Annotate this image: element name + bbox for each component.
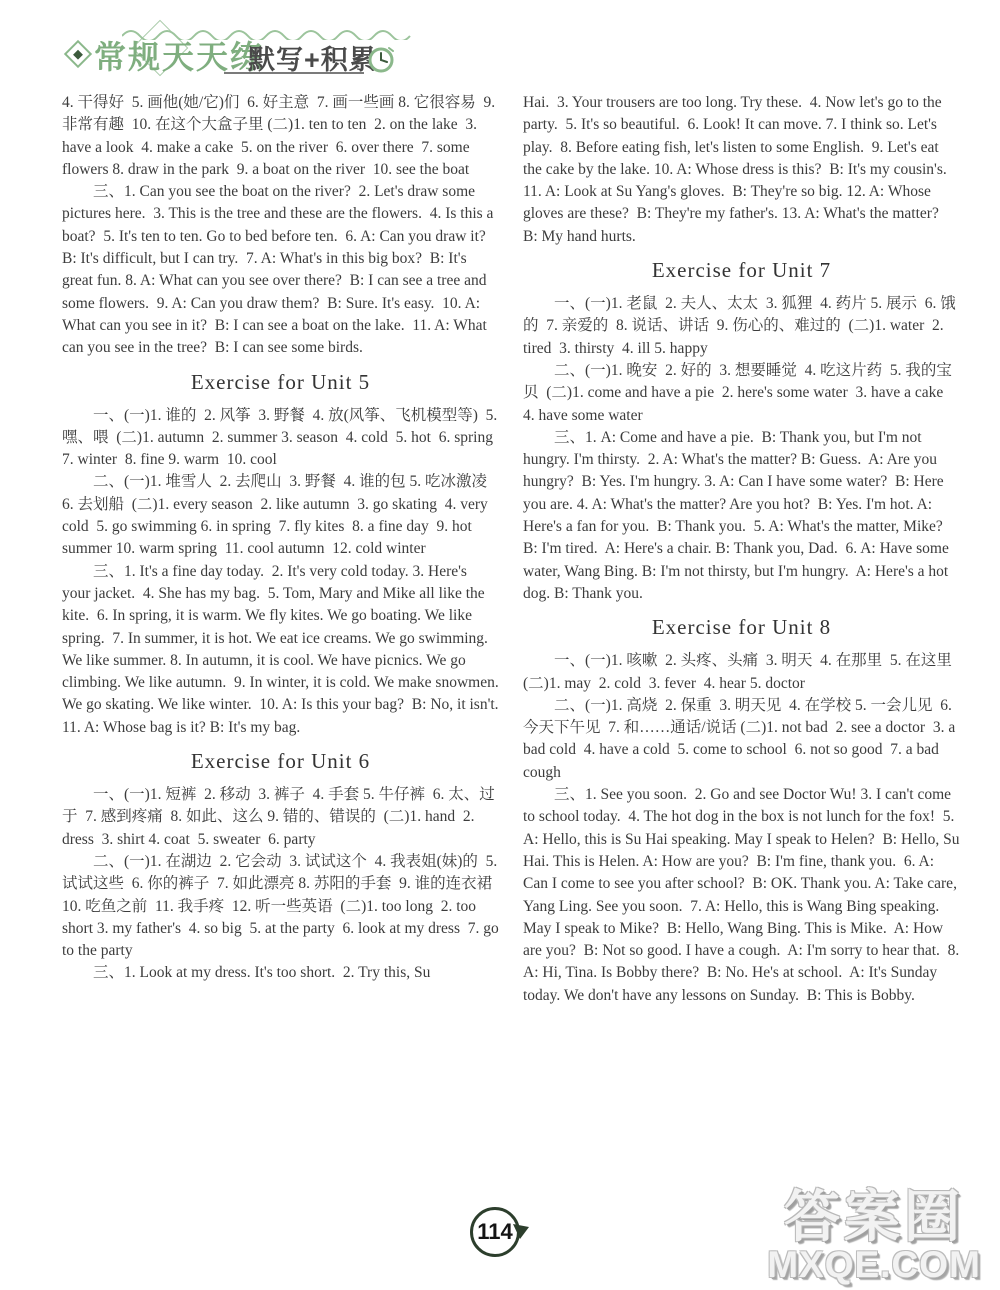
workbook-logo: 常规天天练 默写+积累 (52, 6, 412, 84)
answer-paragraph: 二、(一)1. 在湖边 2. 它会动 3. 试试这个 4. 我表姐(妹)的 5.… (62, 851, 499, 962)
unit-heading-unit5: Exercise for Unit 5 (62, 367, 499, 397)
answer-paragraph: 一、(一)1. 短裤 2. 移动 3. 裤子 4. 手套 5. 牛仔裤 6. 太… (62, 784, 499, 851)
answer-paragraph: 三、1. Can you see the boat on the river? … (62, 181, 499, 359)
answer-paragraph: 二、(一)1. 晚安 2. 好的 3. 想要睡觉 4. 吃这片药 5. 我的宝贝… (523, 360, 960, 427)
diamond-dot (73, 49, 83, 59)
watermark-site: MXQE.COM (754, 1246, 994, 1284)
page-number: 114 (477, 1219, 513, 1245)
answer-paragraph: 三、1. Look at my dress. It's too short. 2… (62, 962, 499, 984)
answer-paragraph: 二、(一)1. 堆雪人 2. 去爬山 3. 野餐 4. 谁的包 5. 吃冰激凌 … (62, 471, 499, 560)
watermark: 答案圈 MXQE.COM (754, 1188, 994, 1284)
subtitle-underline (224, 72, 364, 74)
answer-paragraph: 三、1. It's a fine day today. 2. It's very… (62, 561, 499, 739)
unit-heading-unit8: Exercise for Unit 8 (523, 612, 960, 642)
answer-paragraph: 二、(一)1. 高烧 2. 保重 3. 明天见 4. 在学校 5. 一会儿见 6… (523, 695, 960, 784)
right-column: Hai. 3. Your trousers are too long. Try … (523, 92, 960, 1007)
answer-paragraph: 一、(一)1. 咳嗽 2. 头疼、头痛 3. 明天 4. 在那里 5. 在这里 … (523, 650, 960, 695)
answer-key-content: 4. 干得好 5. 画他(她/它)们 6. 好主意 7. 画一些画 8. 它很容… (62, 92, 960, 1007)
unit-heading-unit7: Exercise for Unit 7 (523, 255, 960, 285)
answer-paragraph: 4. 干得好 5. 画他(她/它)们 6. 好主意 7. 画一些画 8. 它很容… (62, 92, 499, 181)
answer-paragraph: 一、(一)1. 谁的 2. 风筝 3. 野餐 4. 放(风筝、飞机模型等) 5.… (62, 405, 499, 472)
clock-icon (366, 44, 396, 74)
unit-heading-unit6: Exercise for Unit 6 (62, 746, 499, 776)
arrow-down-icon (511, 1220, 531, 1242)
diamond-icon (64, 40, 92, 68)
watermark-brand: 答案圈 (754, 1188, 994, 1246)
answer-paragraph: 三、1. A: Come and have a pie. B: Thank yo… (523, 427, 960, 605)
answer-paragraph: 一、(一)1. 老鼠 2. 夫人、太太 3. 狐狸 4. 药片 5. 展示 6.… (523, 293, 960, 360)
left-column: 4. 干得好 5. 画他(她/它)们 6. 好主意 7. 画一些画 8. 它很容… (62, 92, 499, 1007)
answer-paragraph: Hai. 3. Your trousers are too long. Try … (523, 92, 960, 248)
answer-paragraph: 三、1. See you soon. 2. Go and see Doctor … (523, 784, 960, 1007)
